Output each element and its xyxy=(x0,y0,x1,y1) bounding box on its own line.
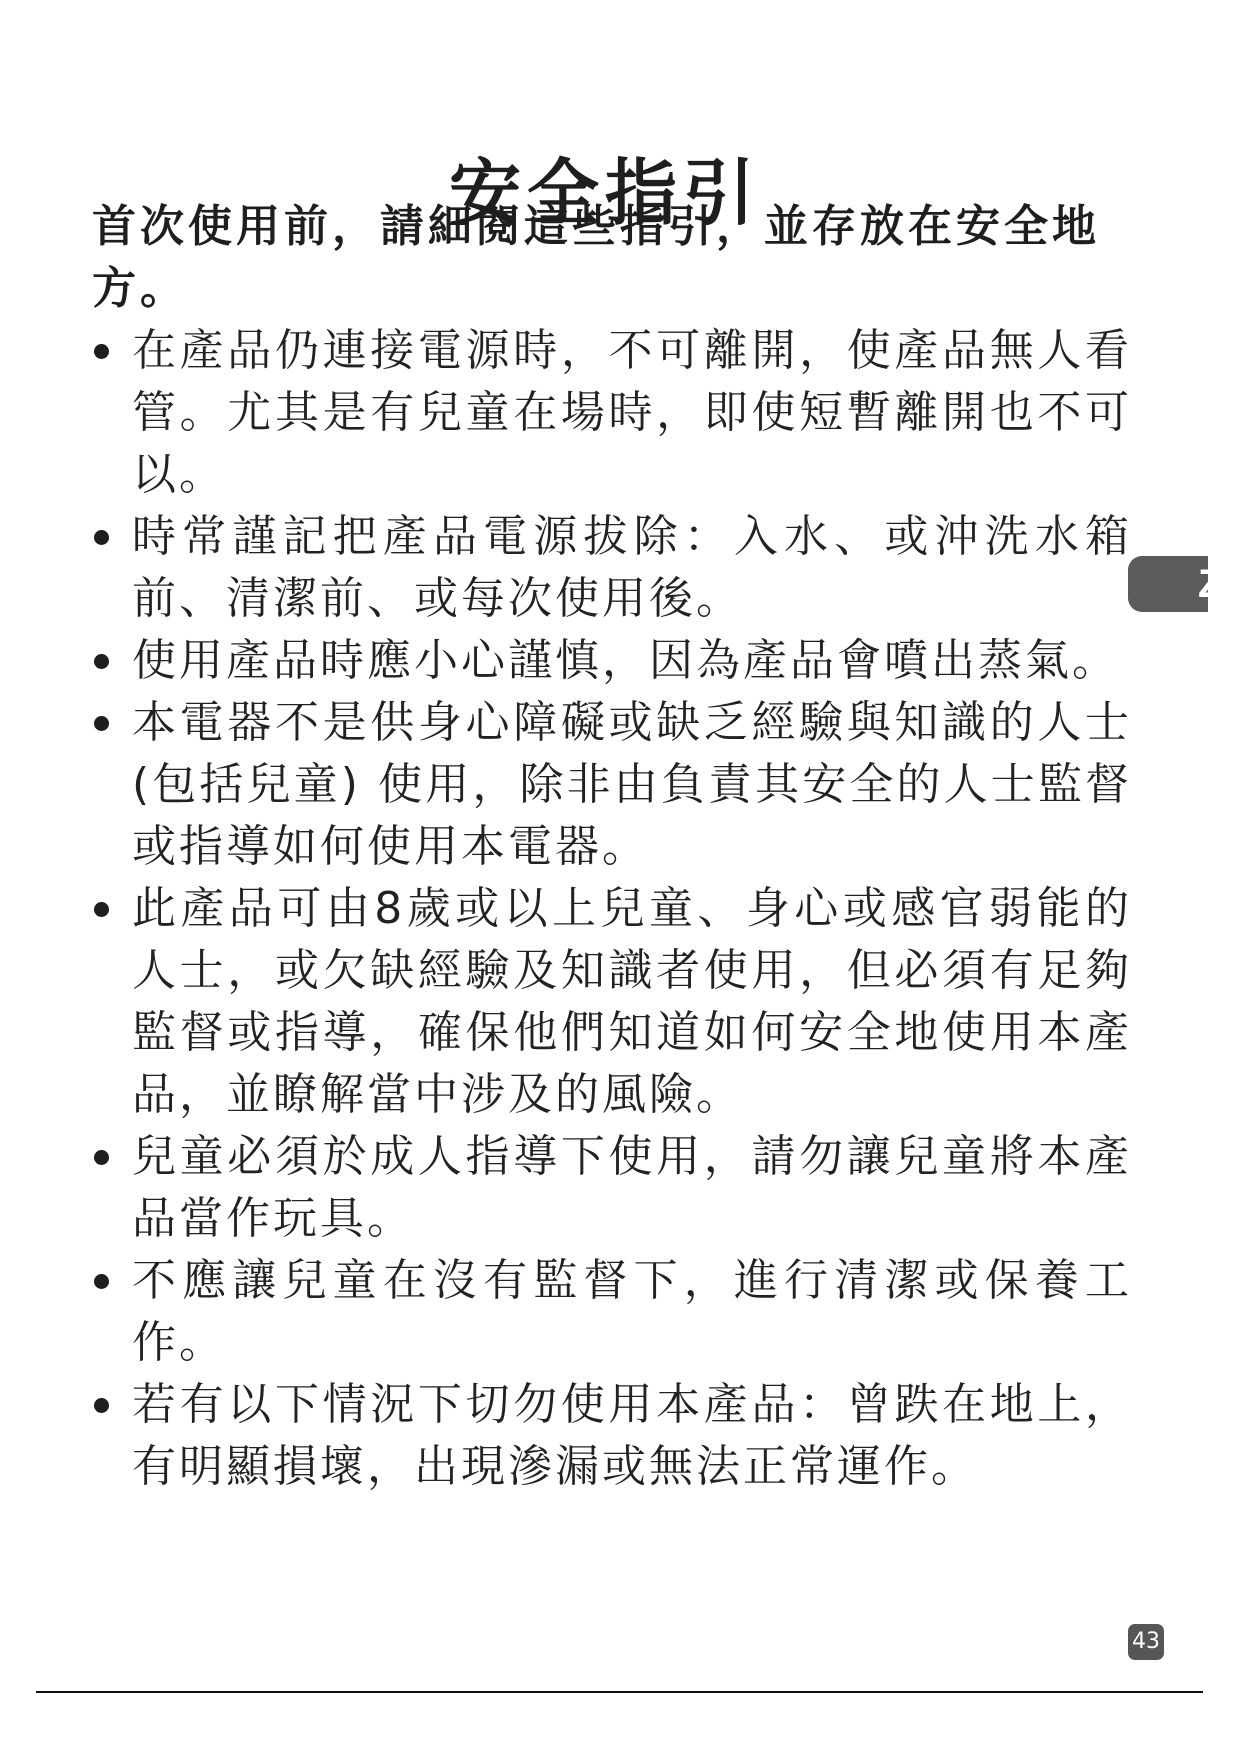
bullet-icon xyxy=(94,654,109,669)
list-item: 兒童必須於成人指導下使用，請勿讓兒童將本產品當作玩具。 xyxy=(92,1126,1132,1250)
safety-instructions-list: 在產品仍連接電源時，不可離開，使產品無人看管。尤其是有兒童在場時，即使短暫離開也… xyxy=(92,320,1132,1498)
bullet-icon xyxy=(94,344,109,359)
bullet-icon xyxy=(94,716,109,731)
list-item-text: 本電器不是供身心障礙或缺乏經驗與知識的人士 (包括兒童) 使用，除非由負責其安全… xyxy=(132,692,1132,878)
bullet-icon xyxy=(94,530,109,545)
page-number-badge: 43 xyxy=(1128,1624,1164,1660)
list-item: 時常謹記把產品電源拔除：入水、或沖洗水箱前、清潔前、或每次使用後。 xyxy=(92,506,1132,630)
list-item-text: 不應讓兒童在沒有監督下，進行清潔或保養工作。 xyxy=(132,1250,1132,1374)
footer-divider xyxy=(36,1691,1203,1693)
list-item-text: 使用產品時應小心謹慎，因為產品會噴出蒸氣。 xyxy=(132,630,1132,692)
intro-instruction: 首次使用前，請細閱這些指引，並存放在安全地方。 xyxy=(92,196,1132,320)
bullet-icon xyxy=(94,902,109,917)
language-side-tab: Z xyxy=(1128,556,1208,612)
list-item: 使用產品時應小心謹慎，因為產品會噴出蒸氣。 xyxy=(92,630,1132,692)
list-item-text: 時常謹記把產品電源拔除：入水、或沖洗水箱前、清潔前、或每次使用後。 xyxy=(132,506,1132,630)
bullet-icon xyxy=(94,1398,109,1413)
list-item-text: 若有以下情況下切勿使用本產品：曾跌在地上，有明顯損壞，出現滲漏或無法正常運作。 xyxy=(132,1374,1132,1498)
side-tab-label: Z xyxy=(1198,562,1208,606)
list-item: 在產品仍連接電源時，不可離開，使產品無人看管。尤其是有兒童在場時，即使短暫離開也… xyxy=(92,320,1132,506)
list-item: 此產品可由8歲或以上兒童、身心或感官弱能的人士，或欠缺經驗及知識者使用，但必須有… xyxy=(92,878,1132,1126)
list-item-text: 兒童必須於成人指導下使用，請勿讓兒童將本產品當作玩具。 xyxy=(132,1126,1132,1250)
bullet-icon xyxy=(94,1150,109,1165)
list-item-text: 在產品仍連接電源時，不可離開，使產品無人看管。尤其是有兒童在場時，即使短暫離開也… xyxy=(132,320,1132,506)
list-item-text: 此產品可由8歲或以上兒童、身心或感官弱能的人士，或欠缺經驗及知識者使用，但必須有… xyxy=(132,878,1132,1126)
list-item: 若有以下情況下切勿使用本產品：曾跌在地上，有明顯損壞，出現滲漏或無法正常運作。 xyxy=(92,1374,1132,1498)
list-item: 不應讓兒童在沒有監督下，進行清潔或保養工作。 xyxy=(92,1250,1132,1374)
list-item: 本電器不是供身心障礙或缺乏經驗與知識的人士 (包括兒童) 使用，除非由負責其安全… xyxy=(92,692,1132,878)
bullet-icon xyxy=(94,1274,109,1289)
